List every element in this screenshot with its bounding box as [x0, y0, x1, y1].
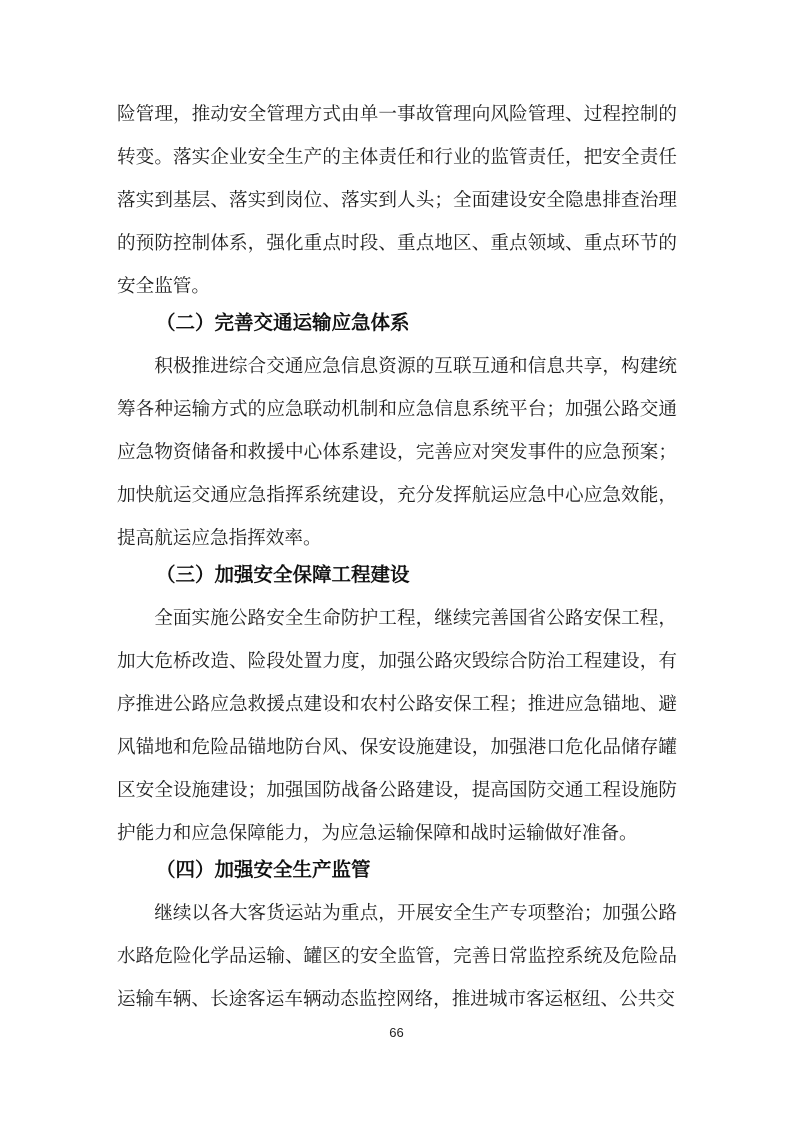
paragraph-safety-management-continued: 险管理，推动安全管理方式由单一事故管理向风险管理、过程控制的转变。落实企业安全生… [117, 93, 677, 308]
section-heading-4-production-supervision: （四）加强安全生产监管 [117, 849, 677, 892]
page-number: 66 [0, 1024, 793, 1042]
paragraph-production-supervision: 继续以各大客货运站为重点，开展安全生产专项整治；加强公路水路危险化学品运输、罐区… [117, 892, 677, 1021]
section-heading-3-safety-engineering: （三）加强安全保障工程建设 [117, 554, 677, 597]
document-body: 险管理，推动安全管理方式由单一事故管理向风险管理、过程控制的转变。落实企业安全生… [117, 93, 677, 1021]
paragraph-emergency-system: 积极推进综合交通应急信息资源的互联互通和信息共享，构建统筹各种运输方式的应急联动… [117, 345, 677, 560]
paragraph-safety-engineering: 全面实施公路安全生命防护工程，继续完善国省公路安保工程，加大危桥改造、险段处置力… [117, 597, 677, 855]
section-heading-2-emergency-system: （二）完善交通运输应急体系 [117, 302, 677, 345]
document-page: 险管理，推动安全管理方式由单一事故管理向风险管理、过程控制的转变。落实企业安全生… [0, 0, 793, 1122]
